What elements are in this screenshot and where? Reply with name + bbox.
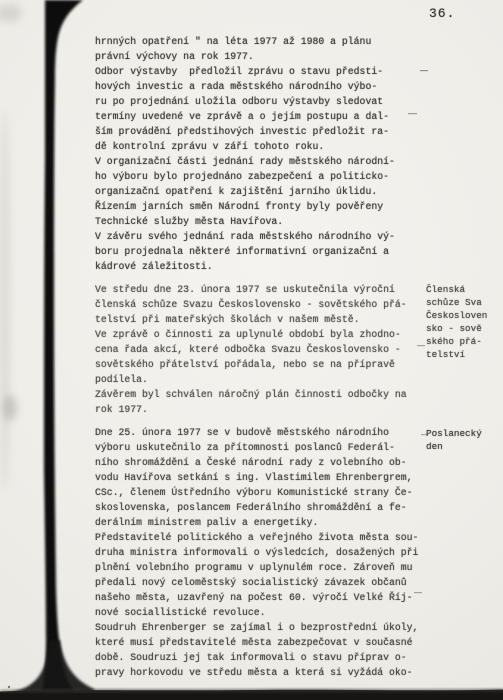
margin-note-member-meeting: Členská schůze Sva Českosloven sko - sov… (426, 284, 500, 361)
paragraph-member-meeting: Ve středu dne 23. února 1977 se uskutečn… (95, 282, 435, 417)
paragraph-council-session: hrnných opatření " na léta 1977 až 1980 … (95, 34, 435, 274)
left-edge-smudge (3, 395, 17, 421)
scan-edge-bottom (0, 690, 503, 700)
paragraph-deputy-day: Dne 25. února 1977 se v budově městského… (95, 425, 435, 680)
scan-edge-bottom-soft (0, 688, 503, 693)
document-text-column: hrnných opatření " na léta 1977 až 1980 … (95, 34, 435, 688)
scanned-document-page: 36. hrnných opatření " na léta 1977 až 1… (0, 0, 503, 700)
binding-shadow (40, 0, 83, 700)
binding-bottom-fan-shadow (13, 640, 94, 696)
corner-smudge (0, 4, 22, 22)
ink-speck (8, 686, 10, 688)
margin-note-deputy-day: Poslanecký den (426, 428, 500, 454)
left-edge-smudge (0, 110, 10, 490)
page-number: 36. (429, 6, 455, 21)
